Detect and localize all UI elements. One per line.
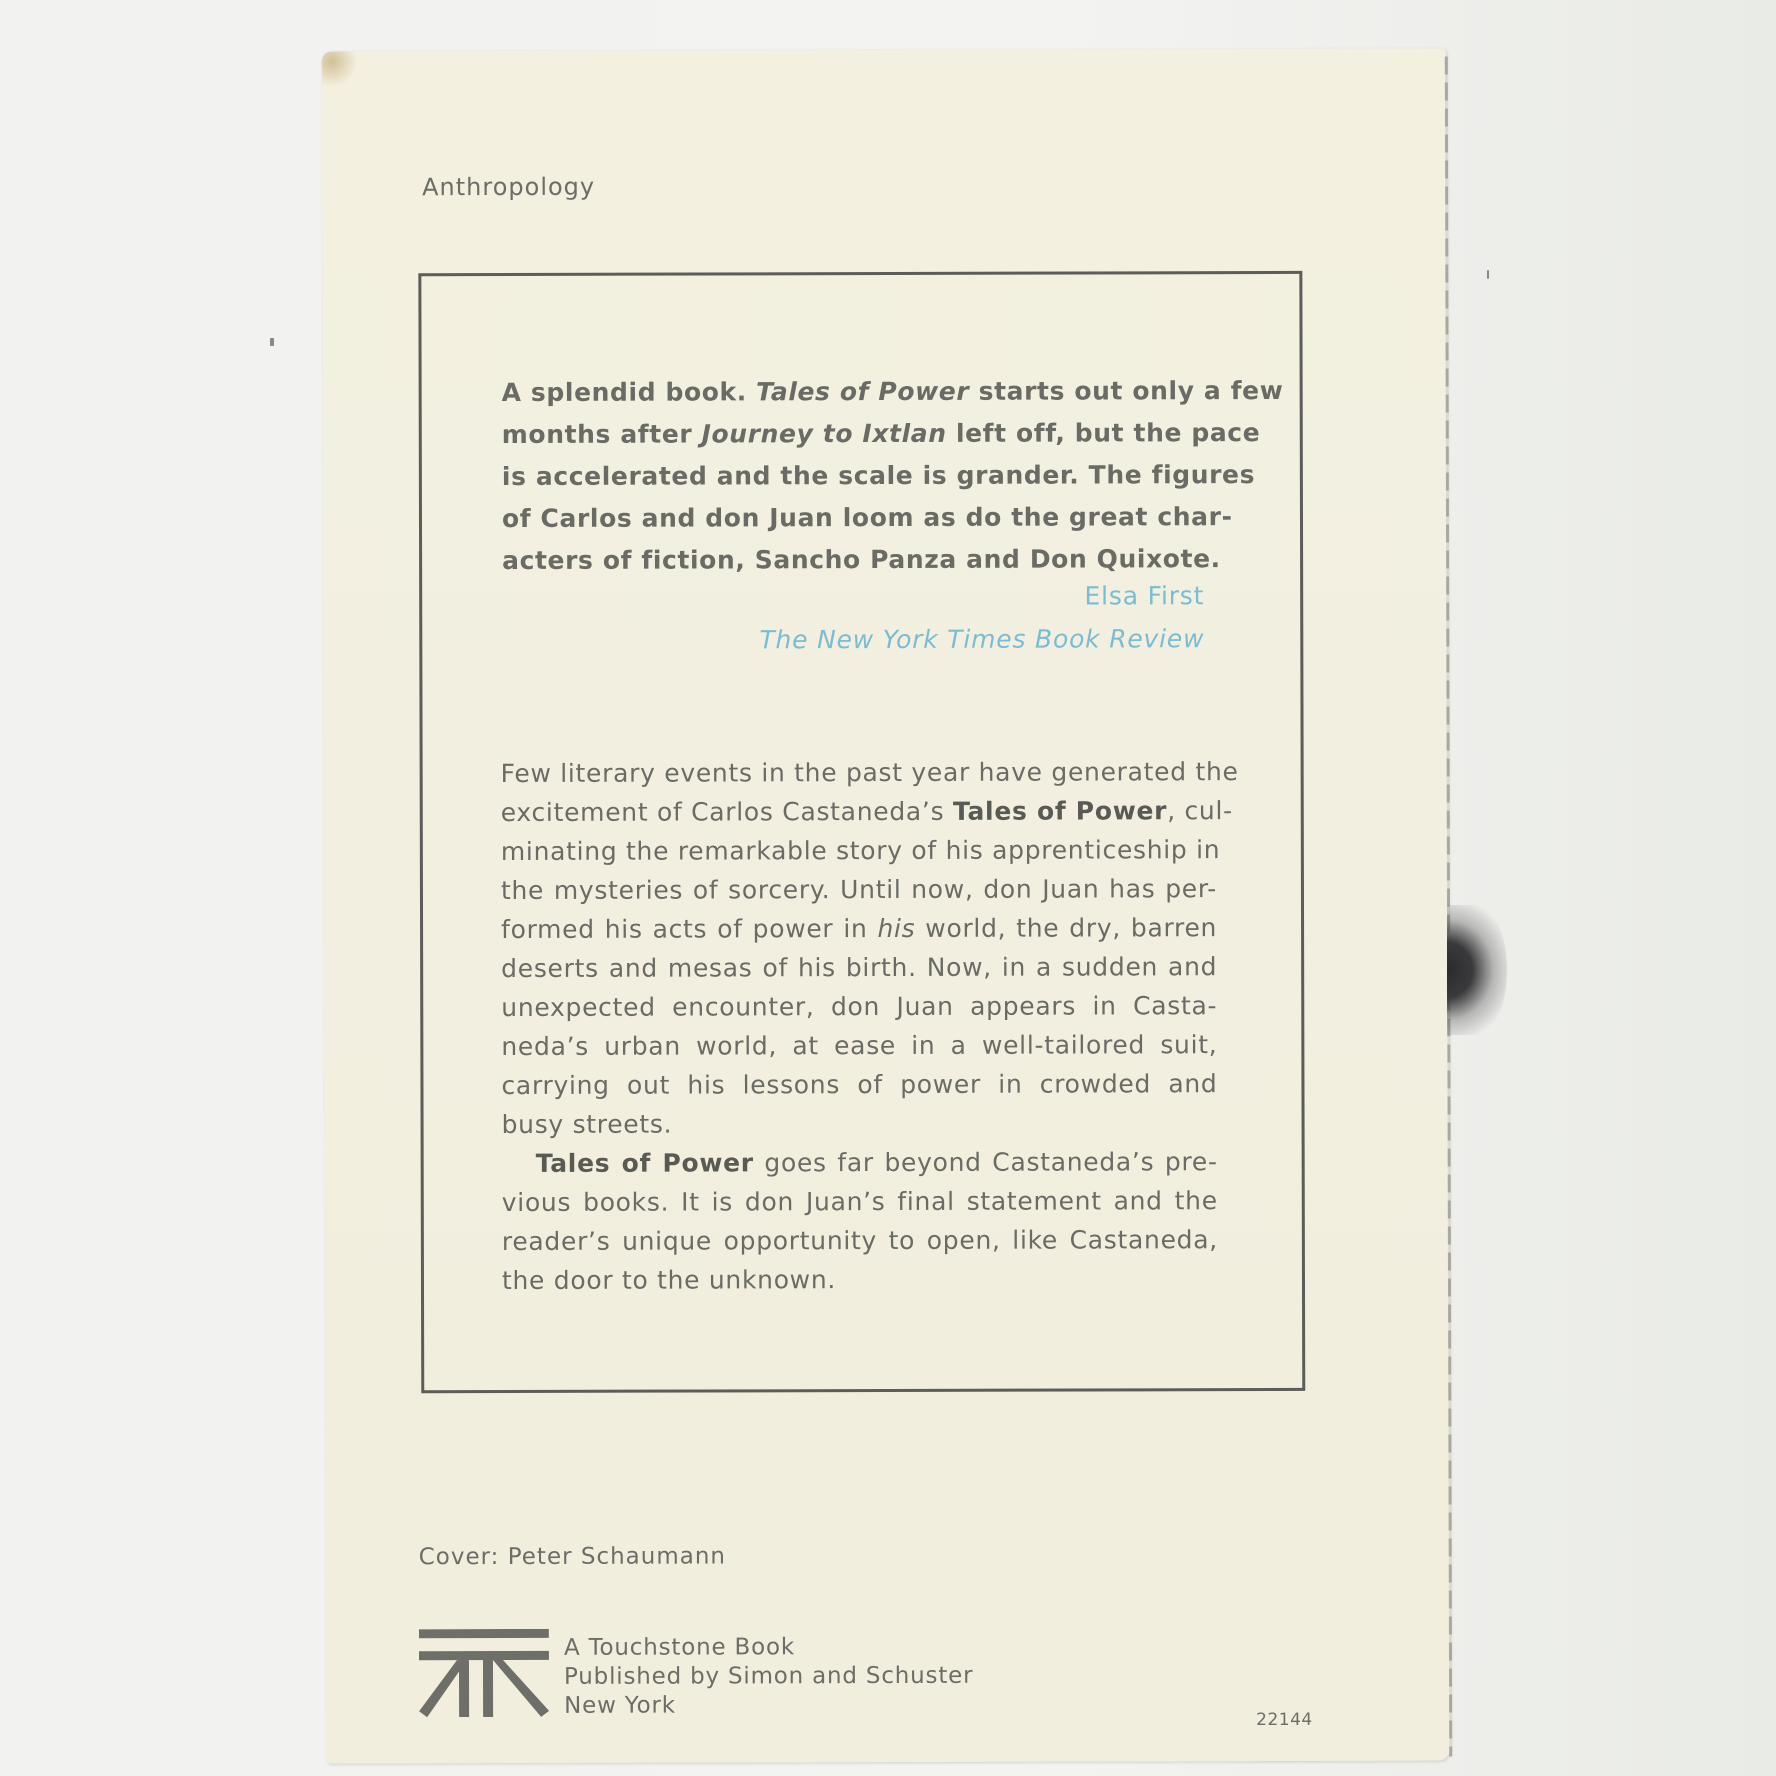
category-label: Anthropology xyxy=(422,173,595,201)
publisher-imprint: A Touchstone Book xyxy=(564,1633,973,1663)
book-back-cover: Anthropology A splendid book. Tales of P… xyxy=(322,49,1450,1764)
text-line: A splendid book. Tales of Power starts o… xyxy=(502,370,1216,414)
text-line: reader’s unique opportunity to open, lik… xyxy=(502,1220,1218,1261)
publisher-info: A Touchstone Book Published by Simon and… xyxy=(564,1633,974,1721)
touchstone-logo-icon xyxy=(419,1629,549,1717)
catalog-number: 22144 xyxy=(1256,1710,1313,1730)
text-line: excitement of Carlos Castaneda’s Tales o… xyxy=(501,791,1217,832)
text-line: formed his acts of power in his world, t… xyxy=(501,908,1217,949)
publisher-city: New York xyxy=(564,1691,973,1721)
text-line: the mysteries of sorcery. Until now, don… xyxy=(501,869,1217,910)
speck xyxy=(1487,270,1489,279)
speck xyxy=(270,338,274,346)
publisher-name: Published by Simon and Schuster xyxy=(564,1662,973,1692)
book-description: Few literary events in the past year hav… xyxy=(501,752,1218,1300)
text-line: acters of fiction, Sancho Panza and Don … xyxy=(502,538,1216,582)
text-line: is accelerated and the scale is grander.… xyxy=(502,454,1216,498)
text-line: of Carlos and don Juan loom as do the gr… xyxy=(502,496,1216,540)
blurb-frame: A splendid book. Tales of Power starts o… xyxy=(418,271,1305,1393)
text-line: unexpected encounter, don Juan appears i… xyxy=(501,986,1217,1027)
text-line: the door to the unknown. xyxy=(502,1259,1218,1300)
text-line: Tales of Power goes far beyond Castaneda… xyxy=(502,1142,1218,1183)
cover-credit: Cover: Peter Schaumann xyxy=(419,1543,726,1570)
text-line: neda’s urban world, at ease in a well-ta… xyxy=(501,1025,1217,1066)
text-line: deserts and mesas of his birth. Now, in … xyxy=(501,947,1217,988)
text-line: vious books. It is don Juan’s final stat… xyxy=(502,1181,1218,1222)
text-line: Few literary events in the past year hav… xyxy=(501,752,1217,793)
reviewer-name: Elsa First xyxy=(704,581,1204,611)
text-line: minating the remarkable story of his app… xyxy=(501,830,1217,871)
text-line: months after Journey to Ixtlan left off,… xyxy=(502,412,1216,456)
text-line: carrying out his lessons of power in cro… xyxy=(501,1064,1217,1105)
review-quote: A splendid book. Tales of Power starts o… xyxy=(502,370,1217,582)
corner-wear xyxy=(322,51,362,91)
text-line: busy streets. xyxy=(502,1103,1218,1144)
background-blemish xyxy=(1447,905,1507,1035)
review-publication: The New York Times Book Review xyxy=(704,624,1204,654)
